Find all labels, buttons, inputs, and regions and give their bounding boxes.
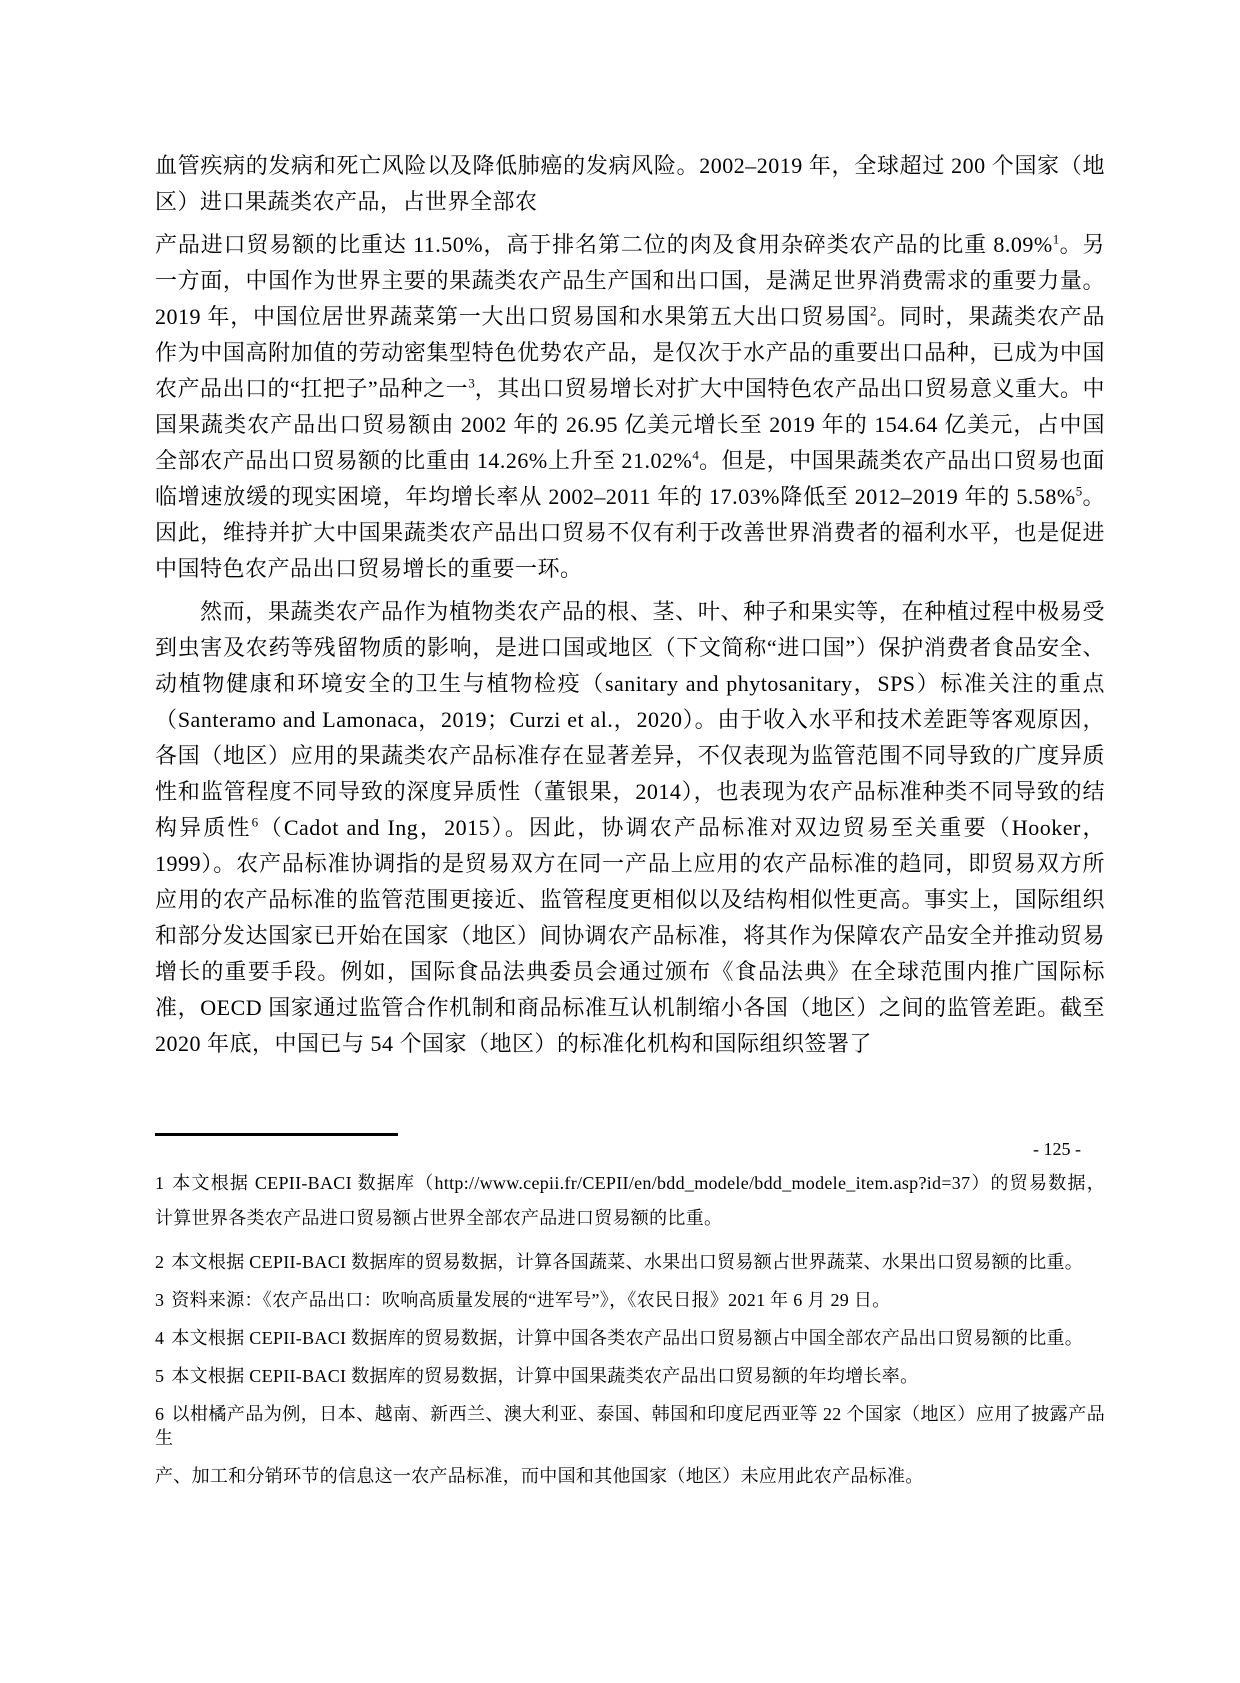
footnote-reference: 3 bbox=[468, 376, 475, 391]
footnote-number: 1 bbox=[155, 1173, 164, 1193]
footnote-item: 5本文根据 CEPII-BACI 数据库的贸易数据，计算中国果蔬类农产品出口贸易… bbox=[155, 1364, 1105, 1388]
page-number: - 125 - bbox=[155, 1139, 1105, 1159]
footnote-number: 5 bbox=[155, 1366, 164, 1386]
footnote-number: 4 bbox=[155, 1328, 164, 1348]
footnote-item: 6以柑橘产品为例，日本、越南、新西兰、澳大利亚、泰国、韩国和印度尼西亚等 22 … bbox=[155, 1402, 1105, 1450]
footnote-number: 2 bbox=[155, 1252, 164, 1272]
footnote-item: 产、加工和分销环节的信息这一农产品标准，而中国和其他国家（地区）未应用此农产品标… bbox=[155, 1464, 1105, 1488]
footnote-item: 3资料来源：《农产品出口：吹响高质量发展的“进军号”》，《农民日报》2021 年… bbox=[155, 1288, 1105, 1312]
footnote-reference: 4 bbox=[692, 448, 699, 463]
footnote-reference: 1 bbox=[1053, 232, 1060, 247]
body-paragraph: 然而，果蔬类农产品作为植物类农产品的根、茎、叶、种子和果实等，在种植过程中极易受… bbox=[155, 594, 1105, 1062]
footnote-list: 1本文根据 CEPII-BACI 数据库（http://www.cepii.fr… bbox=[155, 1166, 1105, 1488]
footnote-item: 2本文根据 CEPII-BACI 数据库的贸易数据，计算各国蔬菜、水果出口贸易额… bbox=[155, 1250, 1105, 1274]
footnote-item: 4本文根据 CEPII-BACI 数据库的贸易数据，计算中国各类农产品出口贸易额… bbox=[155, 1326, 1105, 1350]
footnote-reference: 2 bbox=[870, 304, 877, 319]
footnote-number: 3 bbox=[155, 1290, 164, 1310]
footnote-reference: 6 bbox=[252, 815, 259, 830]
footnote-section: - 125 - 1本文根据 CEPII-BACI 数据库（http://www.… bbox=[155, 1133, 1105, 1488]
footnote-separator bbox=[155, 1133, 398, 1136]
footnote-number: 6 bbox=[155, 1404, 164, 1424]
footnote-item: 1本文根据 CEPII-BACI 数据库（http://www.cepii.fr… bbox=[155, 1166, 1105, 1236]
body-paragraph: 产品进口贸易额的比重达 11.50%，高于排名第二位的肉及食用杂碎类农产品的比重… bbox=[155, 227, 1105, 587]
document-page: 血管疾病的发病和死亡风险以及降低肺癌的发病风险。2002–2019 年，全球超过… bbox=[0, 0, 1240, 1683]
body-paragraph: 血管疾病的发病和死亡风险以及降低肺癌的发病风险。2002–2019 年，全球超过… bbox=[155, 148, 1105, 220]
footnote-reference: 5 bbox=[1076, 484, 1083, 499]
body-text: 血管疾病的发病和死亡风险以及降低肺癌的发病风险。2002–2019 年，全球超过… bbox=[155, 148, 1105, 1062]
